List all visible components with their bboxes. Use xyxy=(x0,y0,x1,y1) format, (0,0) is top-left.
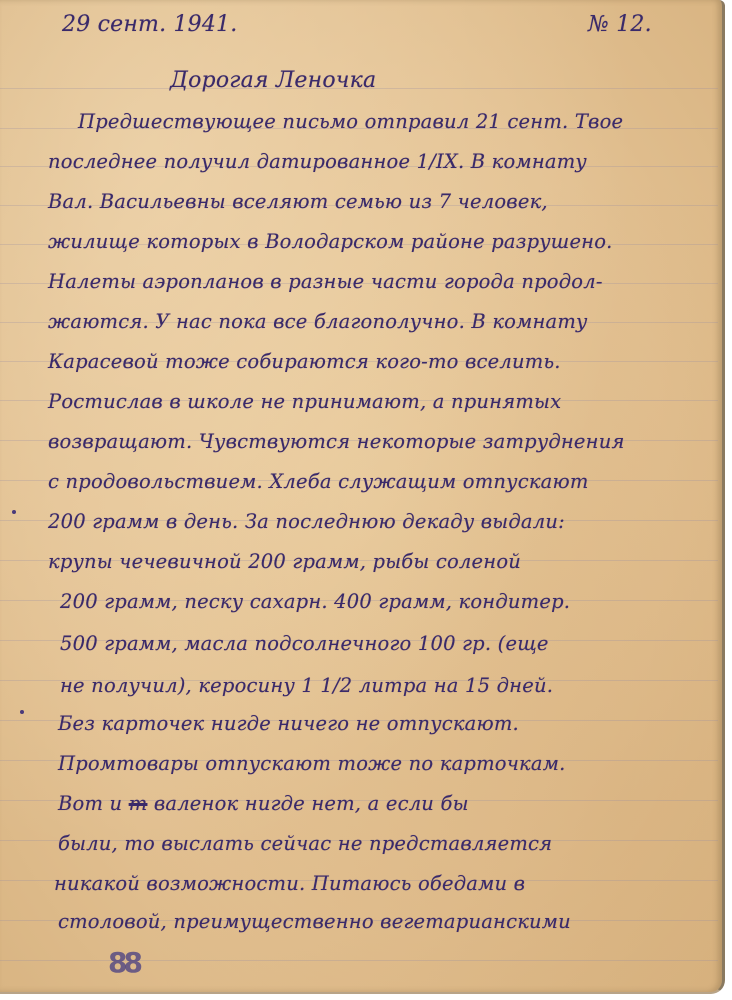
letter-greeting: Дорогая Леночка xyxy=(170,68,376,93)
letter-number: № 12. xyxy=(588,12,652,37)
paper-sheet: 29 сент. 1941. № 12. Дорогая Леночка Пре… xyxy=(0,0,725,994)
letter-line: крупы чечевичной 200 грамм, рыбы соленой xyxy=(48,550,521,573)
ink-speck xyxy=(20,710,24,714)
letter-line: возвращают. Чувствуются некоторые затруд… xyxy=(48,430,625,453)
ink-speck xyxy=(12,510,16,514)
letter-line: никакой возможности. Питаюсь обедами в xyxy=(54,872,525,895)
letter-line: Промтовары отпускают тоже по карточкам. xyxy=(58,752,566,775)
letter-line: жилище которых в Володарском районе разр… xyxy=(48,230,613,253)
letter-line: столовой, преимущественно вегетарианским… xyxy=(58,910,571,933)
letter-line: с продовольствием. Хлеба служащим отпуск… xyxy=(48,470,589,493)
letter-line: 200 грамм в день. За последнюю декаду вы… xyxy=(48,510,565,533)
letter-line: Ростислав в школе не принимают, а принят… xyxy=(48,390,561,413)
letter-line: не получил), керосину 1 1/2 литра на 15 … xyxy=(60,674,553,697)
document-page: 29 сент. 1941. № 12. Дорогая Леночка Пре… xyxy=(0,0,732,1000)
letter-date: 29 сент. 1941. xyxy=(62,12,237,37)
letter-line: Без карточек нигде ничего не отпускают. xyxy=(58,712,519,735)
archive-page-number: 88 xyxy=(108,946,139,979)
letter-line: Налеты аэропланов в разные части города … xyxy=(48,270,603,293)
letter-line: были, то выслать сейчас не представляетс… xyxy=(58,832,552,855)
letter-line: Вот и т валенок нигде нет, а если бы xyxy=(58,792,469,815)
struck-word: т xyxy=(129,792,148,815)
letter-line: Вал. Васильевны вселяют семью из 7 челов… xyxy=(48,190,548,213)
letter-line: 200 грамм, песку сахарн. 400 грамм, конд… xyxy=(60,590,570,613)
letter-line: 500 грамм, масла подсолнечного 100 гр. (… xyxy=(60,632,549,655)
letter-line: последнее получил датированное 1/IX. В к… xyxy=(48,150,587,173)
letter-line: Предшествующее письмо отправил 21 сент. … xyxy=(78,110,623,133)
letter-line: Карасевой тоже собираются кого-то вселит… xyxy=(48,350,561,373)
letter-line: жаются. У нас пока все благополучно. В к… xyxy=(48,310,588,333)
